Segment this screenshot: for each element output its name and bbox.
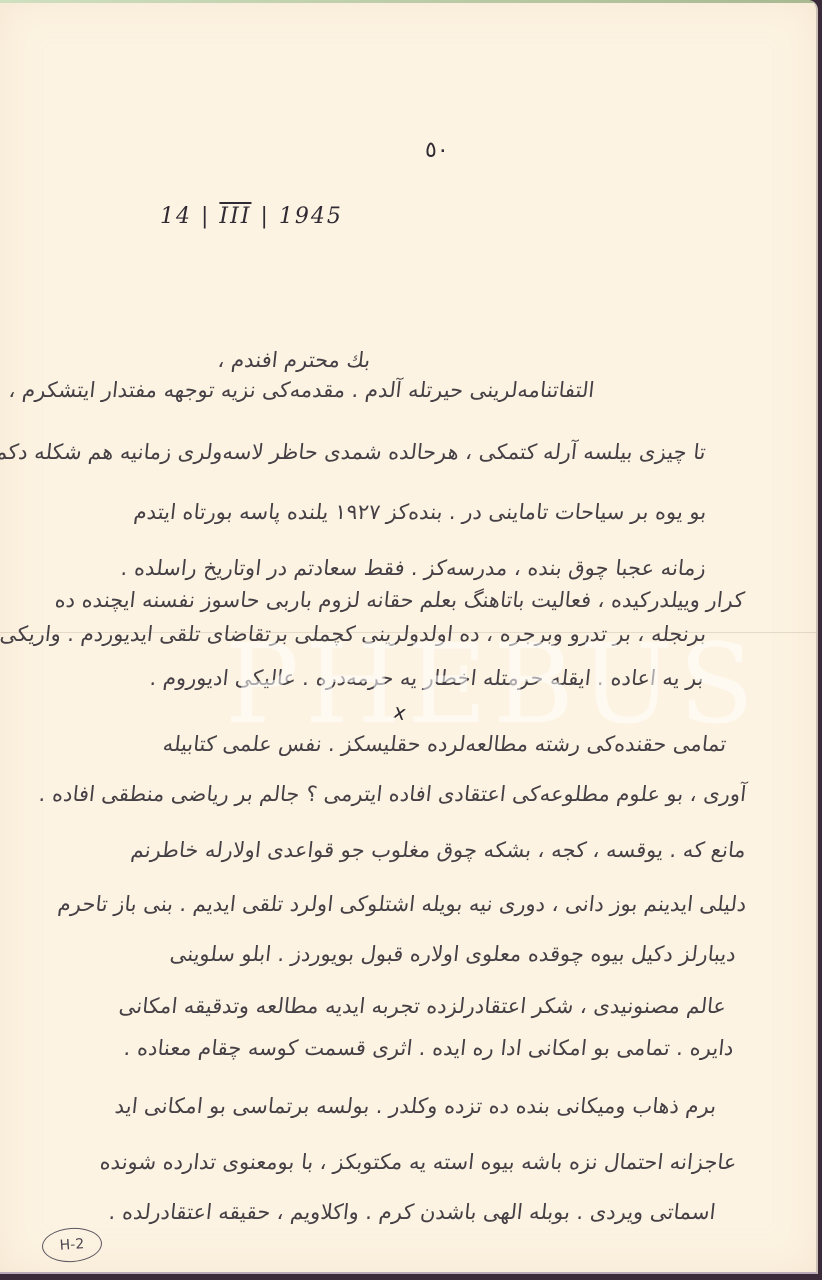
- handwritten-line: بر یه اعاده . ایقله حرمتله اخطار یه حرمه…: [149, 666, 705, 690]
- archive-reference-mark: H-2: [41, 1226, 103, 1264]
- section-separator-mark: x: [391, 699, 409, 725]
- date-month: III: [219, 204, 251, 229]
- date-year: 1945: [279, 204, 343, 229]
- handwritten-line: اسماتی ویردی . بوبله الهی باشدن کرم . وا…: [108, 1200, 717, 1224]
- handwritten-line: التفاتنامه‌لرینی حیرتله آلدم . مقدمه‌کی …: [7, 378, 595, 402]
- handwritten-line: عالم مصنونیدی ، شکر اعتقادرلزده تجربه ای…: [118, 994, 728, 1018]
- handwritten-line: بك محترم افندم ،: [216, 348, 371, 372]
- page-number: ٥٠: [425, 138, 449, 163]
- handwritten-line: برنجله ، بر تدرو وبرجره ، ده اولدولرینی …: [0, 622, 707, 646]
- letter-date: 14 | III | 1945: [160, 204, 343, 229]
- handwritten-line: دیبارلز دکیل بیوه چوقده معلوی اولاره قبو…: [169, 942, 737, 966]
- date-day: 14: [160, 204, 192, 229]
- handwritten-line: آوری ، بو علوم مطلوعه‌کی اعتقادی افاده ا…: [38, 782, 748, 806]
- handwritten-line: دلیلی ایدینم بوز دانی ، دوری نیه بویله ا…: [56, 892, 747, 916]
- handwritten-line: برم ذهاب ومیکانی بنده ده تزده وکلدر . بو…: [113, 1094, 717, 1118]
- handwritten-line: مانع که . یوقسه ، کجه ، بشکه چوق مغلوب ج…: [130, 838, 747, 862]
- letter-page: ٥٠ 14 | III | 1945 بك محترم افندم ، التف…: [0, 0, 818, 1274]
- page-top-edge: [0, 0, 818, 3]
- handwritten-line: زمانه عجبا چوق بنده ، مدرسه‌کز . فقط سعا…: [120, 556, 707, 580]
- handwritten-line: تمامی حقنده‌کی رشته مطالعه‌لرده حقلیسکز …: [161, 732, 727, 756]
- handwritten-line: عاجزانه احتمال نزه باشه بیوه استه یه مکت…: [98, 1150, 737, 1174]
- handwritten-line: تا چیزی بیلسه آرله کتمکی ، هرحالده شمدی …: [0, 440, 707, 464]
- handwritten-line: دایره . تمامی بو امکانی ادا ره ایده . اث…: [123, 1036, 735, 1060]
- handwritten-line: کرار وییلدرکیده ، فعالیت باتاهنگ بعلم حق…: [53, 588, 745, 612]
- handwritten-line: بو یوه بر سیاحات تاماینی در . بنده‌کز ۱۹…: [132, 500, 707, 524]
